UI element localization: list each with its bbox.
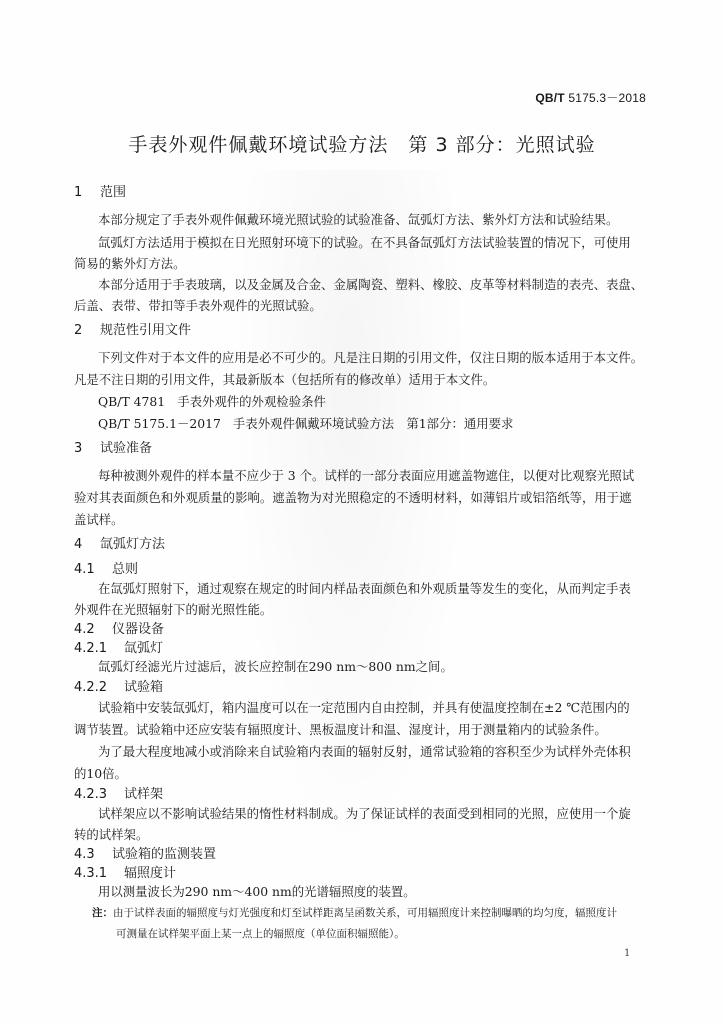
section-title: 规范性引用文件 [100, 323, 191, 338]
reference-title: 手表外观件的外观检验条件 [177, 394, 326, 409]
paragraph-line: 每种被测外观件的样本量不应少于 3 个。试样的一部分表面应用遮盖物遮住，以便对比… [98, 466, 634, 484]
section-number: 4.2.3 [74, 787, 124, 802]
section-number: 2 [74, 323, 100, 338]
section-4-1-heading: 4.1总则 [74, 558, 138, 577]
paragraph-line: 凡是不注日期的引用文件，其最新版本（包括所有的修改单）适用于本文件。 [74, 370, 495, 388]
paragraph-line: 为了最大程度地减小或消除来自试验箱内表面的辐射反射，通常试验箱的容积至少为试样外… [98, 742, 631, 760]
note-label: 注： [92, 907, 113, 919]
standard-code: QB/T 5175.3－2018 [535, 89, 646, 106]
section-title: 辐照度计 [124, 866, 176, 881]
section-number: 4.2 [74, 622, 112, 637]
standard-number: 5175.3－2018 [568, 91, 646, 105]
document-title: 手表外观件佩戴环境试验方法 第 3 部分：光照试验 [0, 130, 724, 157]
section-number: 3 [74, 441, 100, 456]
page-number: 1 [624, 948, 630, 959]
section-number: 4 [74, 537, 100, 552]
reference-item: QB/T 5175.1－2017手表外观件佩戴环境试验方法 第1部分：通用要求 [98, 414, 513, 432]
section-4-heading: 4氙弧灯方法 [74, 533, 165, 552]
standard-prefix: QB/T [535, 91, 564, 105]
section-title: 试验箱的监测装置 [112, 847, 216, 862]
section-title: 试样架 [124, 787, 163, 802]
section-4-2-2-heading: 4.2.2试验箱 [74, 676, 163, 695]
paragraph-line: 氙弧灯方法适用于模拟在日光照射环境下的试验。在不具备氙弧灯方法试验装置的情况下，… [98, 233, 631, 251]
reference-item: QB/T 4781手表外观件的外观检验条件 [98, 392, 326, 410]
section-title: 氙弧灯 [124, 641, 163, 656]
section-2-heading: 2规范性引用文件 [74, 319, 191, 338]
section-4-3-heading: 4.3试验箱的监测装置 [74, 843, 216, 862]
section-4-2-3-heading: 4.2.3试样架 [74, 783, 163, 802]
section-3-heading: 3试验准备 [74, 437, 152, 456]
section-number: 4.3 [74, 847, 112, 862]
section-4-2-heading: 4.2仪器设备 [74, 618, 164, 637]
section-title: 范围 [100, 185, 126, 200]
section-number: 4.3.1 [74, 866, 124, 881]
paragraph-line: 用以测量波长为290 nm～400 nm的光谱辐照度的装置。 [98, 882, 416, 900]
paragraph-line: 下列文件对于本文件的应用是必不可少的。凡是注日期的引用文件，仅注日期的版本适用于… [98, 348, 643, 366]
paragraph-line: 验对其表面颜色和外观质量的影响。遮盖物为对光照稳定的不透明材料，如薄铝片或铝箔纸… [74, 488, 632, 506]
section-title: 仪器设备 [112, 622, 164, 637]
paragraph-line: 氙弧灯经滤光片过滤后，波长应控制在290 nm～800 nm之间。 [98, 657, 453, 675]
note-text-continued: 可测量在试样架平面上某一点上的辐照度（单位面积辐照能）。 [92, 924, 652, 945]
paragraph-line: 本部分适用于手表玻璃，以及金属及合金、金属陶瓷、塑料、橡胶、皮革等材料制造的表壳… [98, 275, 643, 293]
document-page: QB/T 5175.3－2018 手表外观件佩戴环境试验方法 第 3 部分：光照… [0, 0, 724, 1024]
section-1-heading: 1范围 [74, 181, 126, 200]
section-title: 总则 [112, 562, 138, 577]
section-number: 1 [74, 185, 100, 200]
paragraph-line: 试验箱中安装氙弧灯，箱内温度可以在一定范围内自由控制，并具有使温度控制在±2 ℃… [98, 698, 630, 716]
section-number: 4.1 [74, 562, 112, 577]
section-4-3-1-heading: 4.3.1辐照度计 [74, 862, 176, 881]
paragraph-line: 盖试样。 [74, 510, 124, 528]
paragraph-line: 本部分规定了手表外观件佩戴环境光照试验的试验准备、氙弧灯方法、紫外灯方法和试验结… [98, 210, 618, 228]
section-title: 试验准备 [100, 441, 152, 456]
section-number: 4.2.1 [74, 641, 124, 656]
section-title: 氙弧灯方法 [100, 537, 165, 552]
paragraph-line: 后盖、表带、带扣等手表外观件的光照试验。 [74, 296, 322, 314]
reference-code: QB/T 4781 [98, 394, 165, 409]
paragraph-line: 的10倍。 [74, 764, 127, 782]
paragraph-line: 简易的紫外灯方法。 [74, 254, 186, 272]
reference-title: 手表外观件佩戴环境试验方法 第1部分：通用要求 [233, 416, 513, 431]
paragraph-line: 调节装置。试验箱中还应安装有辐照度计、黑板温度计和温、湿度计，用于测量箱内的试验… [74, 720, 607, 738]
section-number: 4.2.2 [74, 680, 124, 695]
paragraph-line: 外观件在光照辐射下的耐光照性能。 [74, 600, 272, 618]
section-title: 试验箱 [124, 680, 163, 695]
paragraph-line: 转的试样架。 [74, 825, 148, 843]
section-4-2-1-heading: 4.2.1氙弧灯 [74, 637, 163, 656]
paragraph-line: 在氙弧灯照射下，通过观察在规定的时间内样品表面颜色和外观质量等发生的变化，从而判… [98, 579, 631, 597]
note-text: 由于试样表面的辐照度与灯光强度和灯至试样距离呈函数关系，可用辐照度计来控制曝晒的… [113, 907, 617, 919]
note: 注：由于试样表面的辐照度与灯光强度和灯至试样距离呈函数关系，可用辐照度计来控制曝… [92, 903, 652, 945]
reference-code: QB/T 5175.1－2017 [98, 414, 221, 432]
paragraph-line: 试样架应以不影响试验结果的惰性材料制成。为了保证试样的表面受到相同的光照，应使用… [98, 804, 631, 822]
